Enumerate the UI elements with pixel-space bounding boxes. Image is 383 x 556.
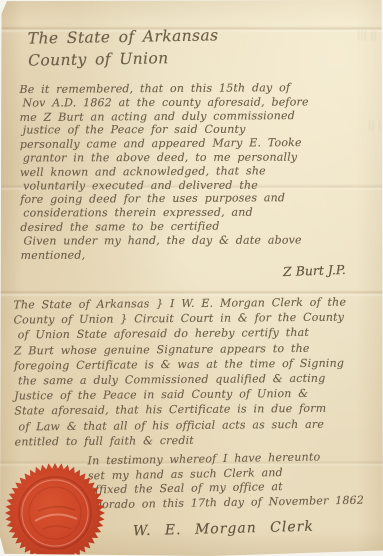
handwritten-line: of Law & that all of his official acts a… (18, 416, 347, 434)
handwritten-line: Be it remembered, that on this 15th day … (19, 81, 308, 97)
handwritten-line: Given under my hand, the day & date abov… (23, 233, 309, 248)
handwritten-line: mentioned, (21, 247, 310, 263)
scanned-document: { "page": { "paper_color": "#e9dcbd", "i… (0, 0, 383, 556)
document-heading: The State of Arkansas County of Union (28, 24, 219, 71)
justice-signature: Z Burt J.P. (283, 262, 346, 279)
handwritten-line: personally came and appeared Mary E. Too… (20, 136, 309, 152)
handwritten-line: entitled to full faith & credit (15, 431, 348, 449)
handwritten-line: voluntarily executed and delivered the (23, 178, 309, 193)
handwritten-line: considerations therein expressed, and (23, 206, 309, 221)
handwritten-line: grantor in the above deed, to me persona… (23, 150, 309, 165)
heading-line-state: The State of Arkansas (28, 24, 219, 49)
testimony-clause: In testimony whereof I have hereuntoset … (88, 450, 365, 513)
clerk-certificate-paragraph: The State of Arkansas } I W. E. Morgan C… (13, 295, 347, 450)
acknowledgment-paragraph: Be it remembered, that on this 15th day … (19, 81, 309, 262)
embossed-seal-icon (5, 463, 105, 556)
seal-svg (5, 463, 105, 556)
handwritten-line: Nov A.D. 1862 at the county aforesaid, b… (22, 95, 308, 110)
ink-bleed-through: ||| || (357, 30, 377, 42)
ink-bleed-through: || | (368, 120, 382, 131)
clerk-signature: W. E. Morgan Clerk (133, 519, 314, 540)
document-page: ||| || || | The State of Arkansas County… (0, 0, 383, 556)
handwritten-line: justice of the Peace for said County (23, 123, 309, 138)
handwritten-line: well known and acknowledged, that she (20, 164, 309, 180)
heading-line-county: County of Union (28, 46, 219, 71)
handwritten-line: desired the same to be certified (20, 219, 309, 235)
